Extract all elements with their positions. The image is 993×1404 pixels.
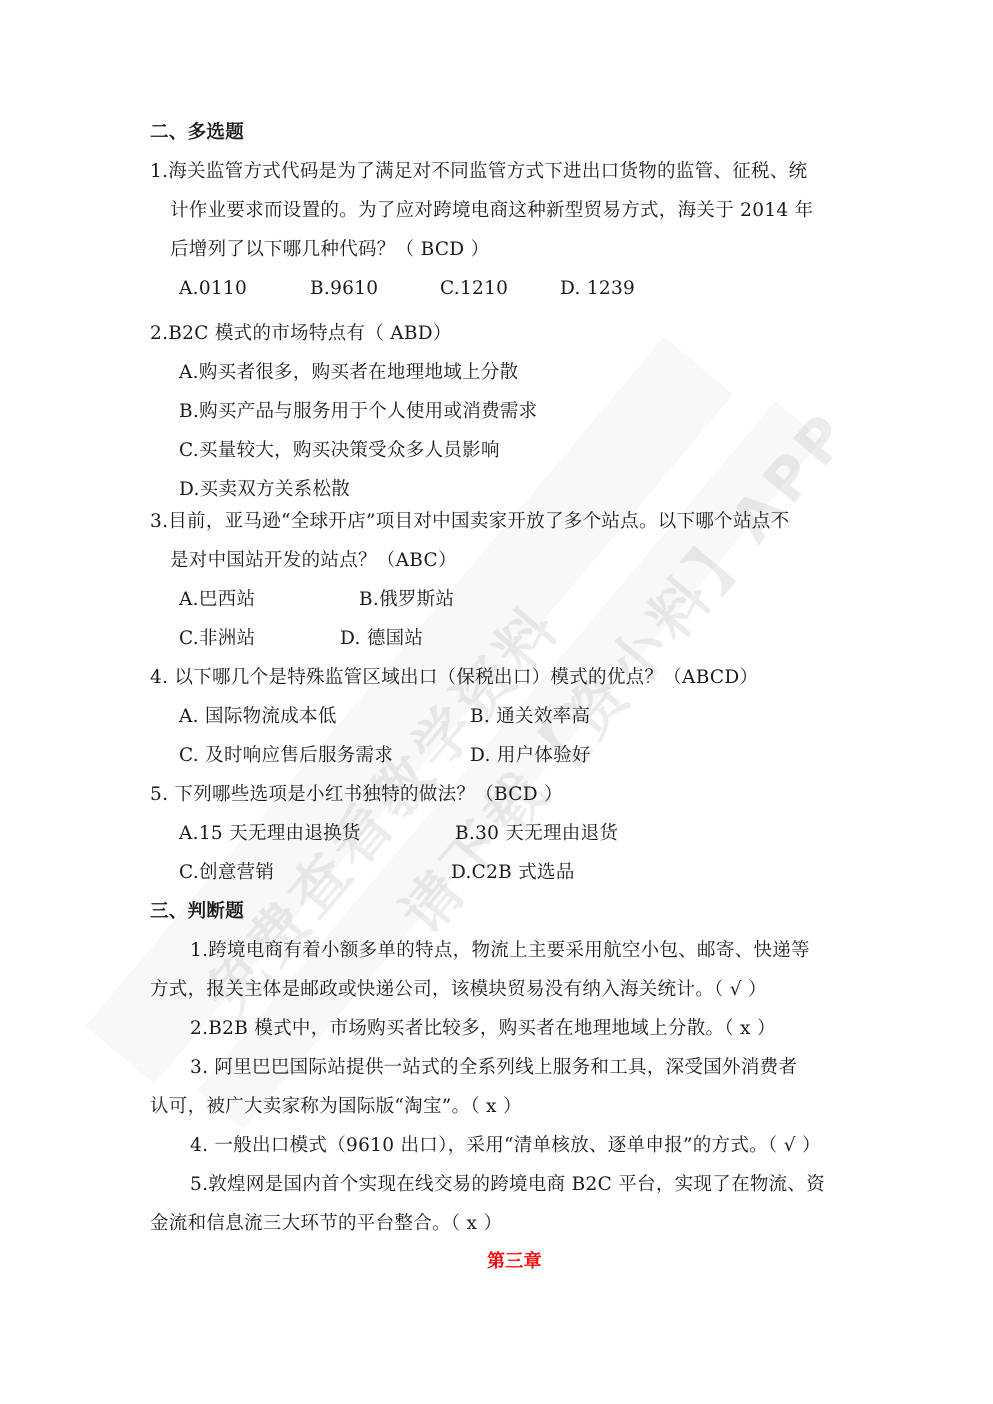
option-c: C.非洲站 xyxy=(179,627,255,651)
option-d: D. 用户体验好 xyxy=(470,744,591,768)
option-b: B. 通关效率高 xyxy=(470,705,590,729)
option-a: A.购买者很多，购买者在地理地域上分散 xyxy=(179,361,518,385)
option-c: C.创意营销 xyxy=(179,861,274,885)
statement-text: 认可，被广大卖家称为国际版“淘宝”。（ x ） xyxy=(150,1095,522,1119)
document-page: 免费查看教学资料 请下载【资小料】APP 二、多选题 1.海关监管方式代码是为了… xyxy=(0,0,993,1404)
statement-text: 5.敦煌网是国内首个实现在线交易的跨境电商 B2C 平台，实现了在物流、资 xyxy=(190,1173,825,1197)
option-d: D. 1239 xyxy=(560,277,635,301)
option-b: B.30 天无理由退货 xyxy=(455,822,618,846)
question-text: 5. 下列哪些选项是小红书独特的做法？（BCD ） xyxy=(150,783,563,807)
option-d: D. 德国站 xyxy=(340,627,423,651)
option-a: A.巴西站 xyxy=(179,588,255,612)
question-text: 2.B2C 模式的市场特点有（ ABD） xyxy=(150,322,452,346)
statement-text: 1.跨境电商有着小额多单的特点，物流上主要采用航空小包、邮寄、快递等 xyxy=(190,939,810,963)
option-c: C.1210 xyxy=(440,277,508,301)
question-text: 1.海关监管方式代码是为了满足对不同监管方式下进出口货物的监管、征税、统 xyxy=(150,160,807,184)
statement-text: 3. 阿里巴巴国际站提供一站式的全系列线上服务和工具，深受国外消费者 xyxy=(190,1056,797,1080)
statement-text: 2.B2B 模式中，市场购买者比较多，购买者在地理地域上分散。（ x ） xyxy=(190,1017,776,1041)
option-b: B.俄罗斯站 xyxy=(359,588,454,612)
question-text: 3.目前，亚马逊“全球开店”项目对中国卖家开放了多个站点。以下哪个站点不 xyxy=(150,510,789,534)
option-c: C.买量较大，购买决策受众多人员影响 xyxy=(179,439,500,463)
statement-text: 4. 一般出口模式（9610 出口），采用“清单核放、逐单申报”的方式。（ √ … xyxy=(190,1134,821,1158)
question-text: 后增列了以下哪几种代码？（ BCD ） xyxy=(170,238,489,262)
option-c: C. 及时响应售后服务需求 xyxy=(179,744,393,768)
question-text: 4. 以下哪几个是特殊监管区域出口（保税出口）模式的优点？（ABCD） xyxy=(150,666,758,690)
option-a: A.15 天无理由退换货 xyxy=(179,822,361,846)
statement-text: 方式，报关主体是邮政或快递公司，该模块贸易没有纳入海关统计。（ √ ） xyxy=(150,978,767,1002)
option-d: D.C2B 式选品 xyxy=(451,861,575,885)
option-b: B.购买产品与服务用于个人使用或消费需求 xyxy=(179,400,537,424)
section-heading-multiple-choice: 二、多选题 xyxy=(150,121,244,145)
statement-text: 金流和信息流三大环节的平台整合。（ x ） xyxy=(150,1212,502,1236)
chapter-heading: 第三章 xyxy=(487,1250,542,1274)
section-heading-true-false: 三、判断题 xyxy=(150,900,244,924)
option-b: B.9610 xyxy=(310,277,378,301)
option-a: A.0110 xyxy=(179,277,247,301)
option-d: D.买卖双方关系松散 xyxy=(179,478,350,502)
option-a: A. 国际物流成本低 xyxy=(179,705,337,729)
question-text: 是对中国站开发的站点？（ABC） xyxy=(170,549,457,573)
question-text: 计作业要求而设置的。为了应对跨境电商这种新型贸易方式，海关于 2014 年 xyxy=(170,199,813,223)
